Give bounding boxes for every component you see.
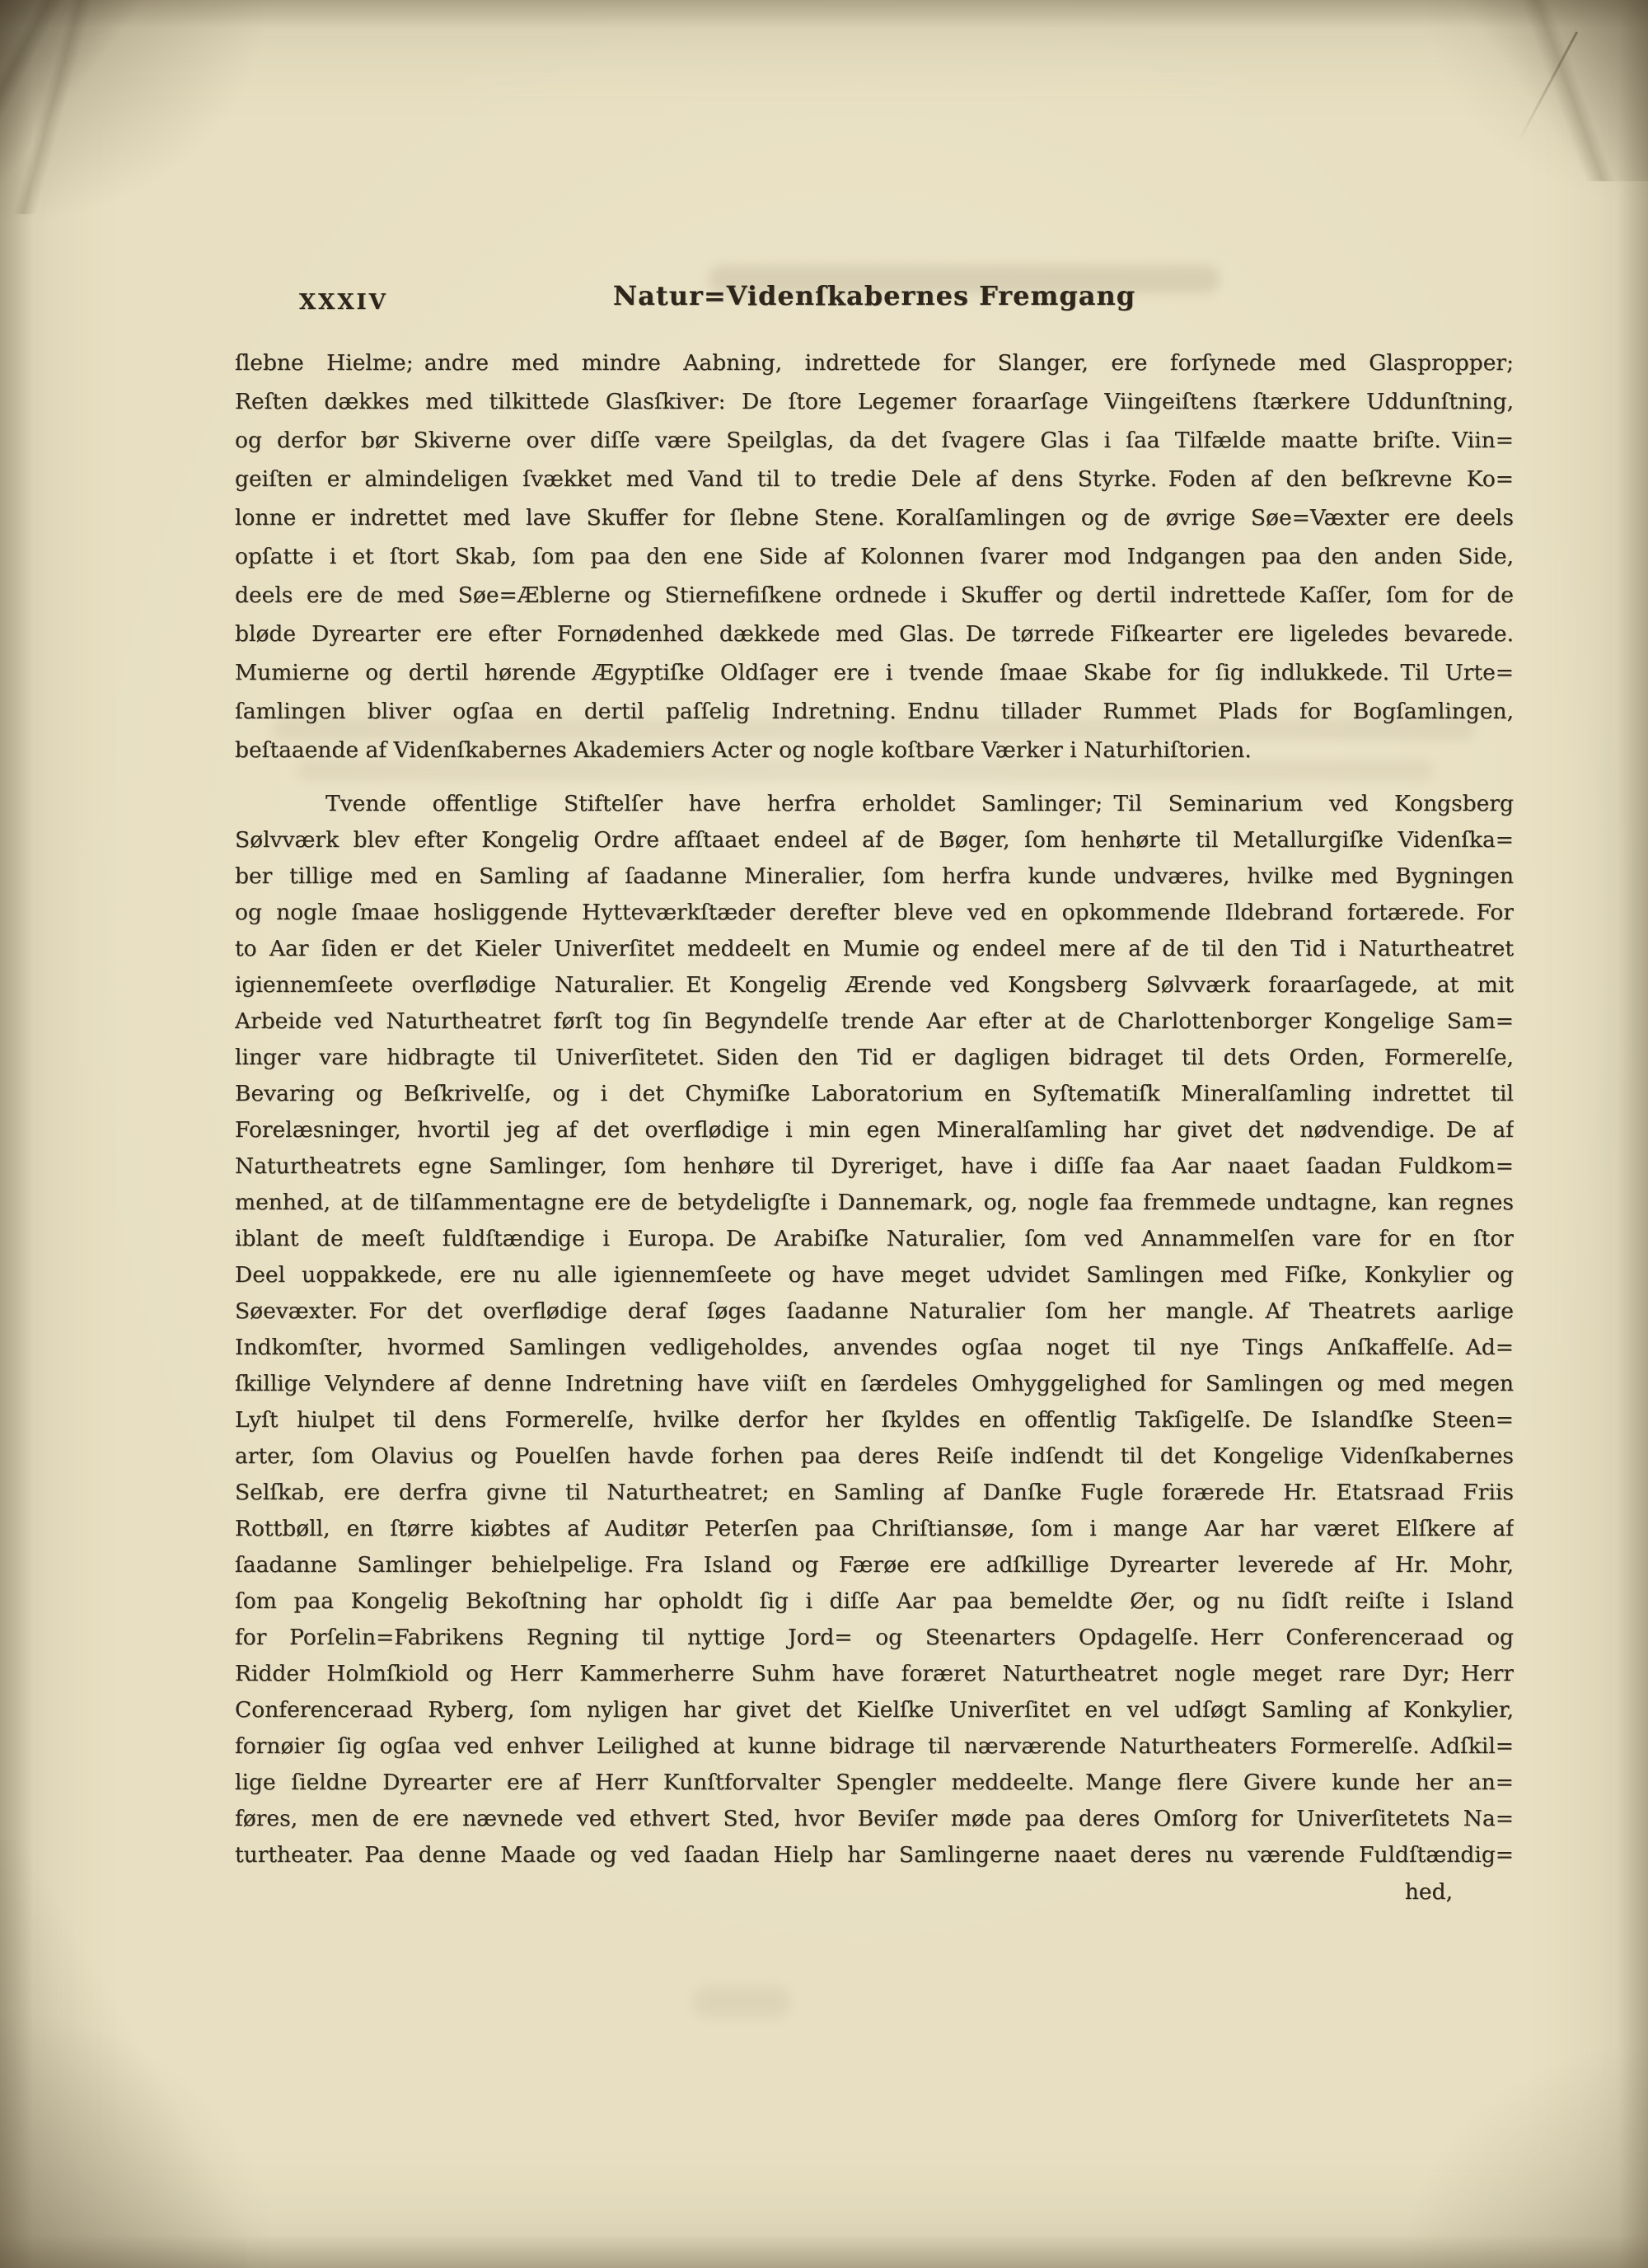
text-line: geiſten er almindeligen ſvækket med Vand… [235,460,1514,498]
text-line: Rottbøll, en ſtørre kiøbtes af Auditør P… [235,1511,1514,1547]
text-line: Reſten dækkes med tilkittede Glasſkiver:… [235,382,1514,421]
text-line: arter, ſom Olavius og Pouelſen havde for… [235,1438,1514,1475]
text-line: Ridder Holmſkiold og Herr Kammerherre Su… [235,1656,1514,1692]
text-line: igiennemſeete overflødige Naturalier. Et… [235,967,1514,1003]
text-line: menhed, at de tilſammentagne ere de bety… [235,1185,1514,1221]
text-line: for Porſelin=Fabrikens Regning til nytti… [235,1620,1514,1656]
text-line: to Aar ſiden er det Kieler Univerſitet m… [235,931,1514,967]
text-line: føres, men de ere nævnede ved ethvert St… [235,1801,1514,1837]
text-line: og derfor bør Skiverne over diſſe være S… [235,421,1514,460]
text-line: Indkomſter, hvormed Samlingen vedligehol… [235,1330,1514,1366]
text-line: turtheater. Paa denne Maade og ved ſaada… [235,1837,1514,1873]
text-line: fornøier ſig ogſaa ved enhver Leilighed … [235,1728,1514,1765]
text-line: Tvende offentlige Stiftelſer have herfra… [235,786,1514,822]
text-line: Selſkab, ere derfra givne til Naturtheat… [235,1475,1514,1511]
text-line: Forelæsninger, hvortil jeg af det overfl… [235,1112,1514,1148]
text-line: bløde Dyrearter ere efter Fornødenhed dæ… [235,615,1514,653]
text-line: Arbeide ved Naturtheatret førſt tog ſin … [235,1003,1514,1040]
text-line: Søevæxter. For det overflødige deraf ſøg… [235,1293,1514,1330]
ink-showthrough [692,1985,791,2018]
text-line: opſatte i et ſtort Skab, ſom paa den ene… [235,537,1514,576]
page-header: XXXIV Natur=Videnſkabernes Fremgang [235,280,1514,321]
paper-crease-top-right [1302,0,1648,181]
text-line: Deel uoppakkede, ere nu alle igiennemſee… [235,1257,1514,1293]
text-line: og nogle ſmaae hosliggende Hytteværkſtæd… [235,895,1514,931]
text-line: Lyſt hiulpet til dens Formerelſe, hvilke… [235,1402,1514,1438]
paper-crease-top-left [0,0,264,214]
paragraph: Tvende offentlige Stiftelſer have herfra… [235,786,1514,1873]
text-line: Sølvværk blev efter Kongelig Ordre afſta… [235,822,1514,858]
scanned-book-page: XXXIV Natur=Videnſkabernes Fremgang ſleb… [0,0,1648,2268]
text-line: deels ere de med Søe=Æblerne og Stiernef… [235,576,1514,615]
text-line: ber tillige med en Samling af ſaadanne M… [235,858,1514,895]
text-line: lige ſieldne Dyrearter ere af Herr Kunſt… [235,1765,1514,1801]
text-line: Mumierne og dertil hørende Ægyptiſke Old… [235,653,1514,692]
text-line: ſkillige Velyndere af denne Indretning h… [235,1366,1514,1402]
text-line: linger vare hidbragte til Univerſitetet.… [235,1040,1514,1076]
text-line: iblant de meeſt fuldſtændige i Europa. D… [235,1221,1514,1257]
text-block: ſlebne Hielme; andre med mindre Aabning,… [235,344,1514,1911]
text-line: Bevaring og Beſkrivelſe, og i det Chymiſ… [235,1076,1514,1112]
catchword: hed, [235,1873,1514,1911]
text-line: lonne er indrettet med lave Skuffer for … [235,498,1514,537]
text-line: ſlebne Hielme; andre med mindre Aabning,… [235,344,1514,382]
text-line: Conferenceraad Ryberg, ſom nyligen har g… [235,1692,1514,1728]
text-line: beſtaaende af Videnſkabernes Akademiers … [235,731,1514,769]
paper-fold-bottom-left [0,1840,247,2268]
paragraph: ſlebne Hielme; andre med mindre Aabning,… [235,344,1514,769]
text-line: Naturtheatrets egne Samlinger, ſom henhø… [235,1148,1514,1185]
running-title: Natur=Videnſkabernes Fremgang [235,280,1514,311]
text-line: ſaadanne Samlinger behielpelige. Fra Isl… [235,1547,1514,1583]
text-line: ſom paa Kongelig Bekoſtning har opholdt … [235,1583,1514,1620]
text-line: ſamlingen bliver ogſaa en dertil paſſeli… [235,692,1514,731]
